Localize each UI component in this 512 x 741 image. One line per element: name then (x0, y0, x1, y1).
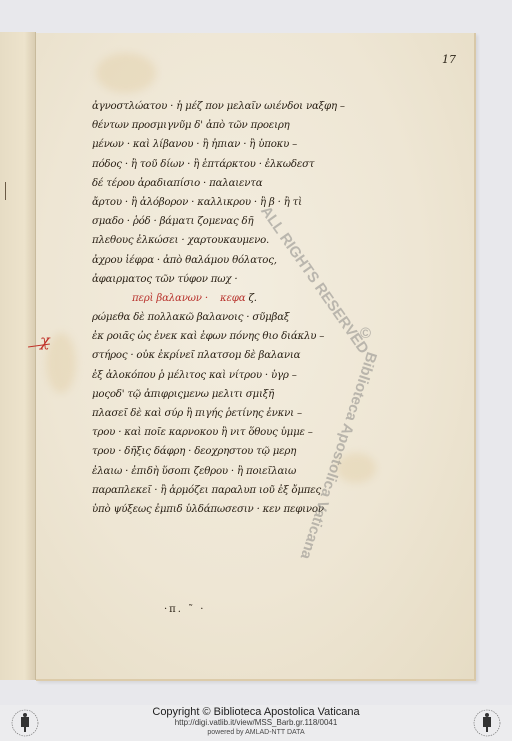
image-viewer[interactable]: 17 ἀγνοστλώατου · ἡ μέζ πον μελαῖν ωιένδ… (0, 0, 512, 705)
ms-line: σμαδο · ῥόδ · βάματι ζομενας δῆ (92, 212, 372, 231)
rubric-number: ζ. (248, 293, 256, 304)
vatican-library-seal-icon (472, 708, 502, 738)
rubric-chapter: κεφα (220, 293, 245, 304)
ms-line: πλεθους ἐλκώσει · χαρτουκαυμενο. (92, 231, 372, 250)
ms-line: ἀχρου ἰέφρα · ἀπὸ θαλάμου θόλατος, (92, 251, 372, 270)
manuscript-page: 17 ἀγνοστλώατου · ἡ μέζ πον μελαῖν ωιένδ… (36, 33, 476, 681)
ms-line: ἀφαιρματος τῶν τύφον πωχ · (92, 270, 372, 289)
stain (96, 53, 156, 93)
previous-leaf-edge (0, 32, 36, 680)
ms-line: πλασεῖ δὲ καὶ σύρ ἢ πιγής ῥετίνης ἐνκνι … (92, 404, 372, 423)
powered-by-text: powered by AMLAD-NTT DATA (0, 728, 512, 737)
ink-mark (5, 182, 11, 200)
rubric-title: περὶ βαλανων · (132, 293, 208, 304)
ms-line: πόδος · ἢ τοῦ δίων · ἢ ἑπτάρκτου · ἐλκωδ… (92, 155, 372, 174)
ms-line: μοςοδ' τῷ ἀπιφριςμενω μελιτι σμιξῆ (92, 385, 372, 404)
ms-line: ἄρτου · ἢ ἀλόβορον · καλλικρου · ἢ β · ἢ… (92, 193, 372, 212)
margin-mark: χ (40, 331, 50, 350)
manuscript-url[interactable]: http://digi.vatlib.it/view/MSS_Barb.gr.1… (0, 718, 512, 728)
folio-number: 17 (442, 53, 456, 66)
ms-line: ἐκ ροιᾶς ὠς ἐνεκ καὶ ἑφων πόνης θιο διάκ… (92, 327, 372, 346)
ms-line: δέ τέρου ἀραδιαπίσιο · παλαιεντα (92, 174, 372, 193)
ms-line: ἀγνοστλώατου · ἡ μέζ πον μελαῖν ωιένδοι … (92, 97, 372, 116)
stain (46, 333, 76, 393)
copyright-text: Copyright © Biblioteca Apostolica Vatica… (0, 705, 512, 718)
ms-line: στήρος · οὐκ ἐκρίνεῖ πλατσομ δὲ βαλανια (92, 346, 372, 365)
catchword: ·π. ˜ · (164, 604, 205, 615)
watermark-copyright: © (360, 325, 371, 342)
ms-line: μένων · καὶ λίβανου · ἢ ἠπιαν · ἢ ὑποκυ … (92, 135, 372, 154)
ms-line: θέντων προσμιγνῦμ δ' ἀπὸ τῶν προειρη (92, 116, 372, 135)
copyright-footer: Copyright © Biblioteca Apostolica Vatica… (0, 705, 512, 741)
ms-line: ἐξ ἀλοκόπου ῥ μέλιτος καὶ νίτρου · ὑγρ – (92, 366, 372, 385)
ms-line: τρου · καὶ ποῖε καρνοκου ἢ νιτ ὅθους ὑμμ… (92, 423, 372, 442)
vatican-library-seal-icon (10, 708, 40, 738)
